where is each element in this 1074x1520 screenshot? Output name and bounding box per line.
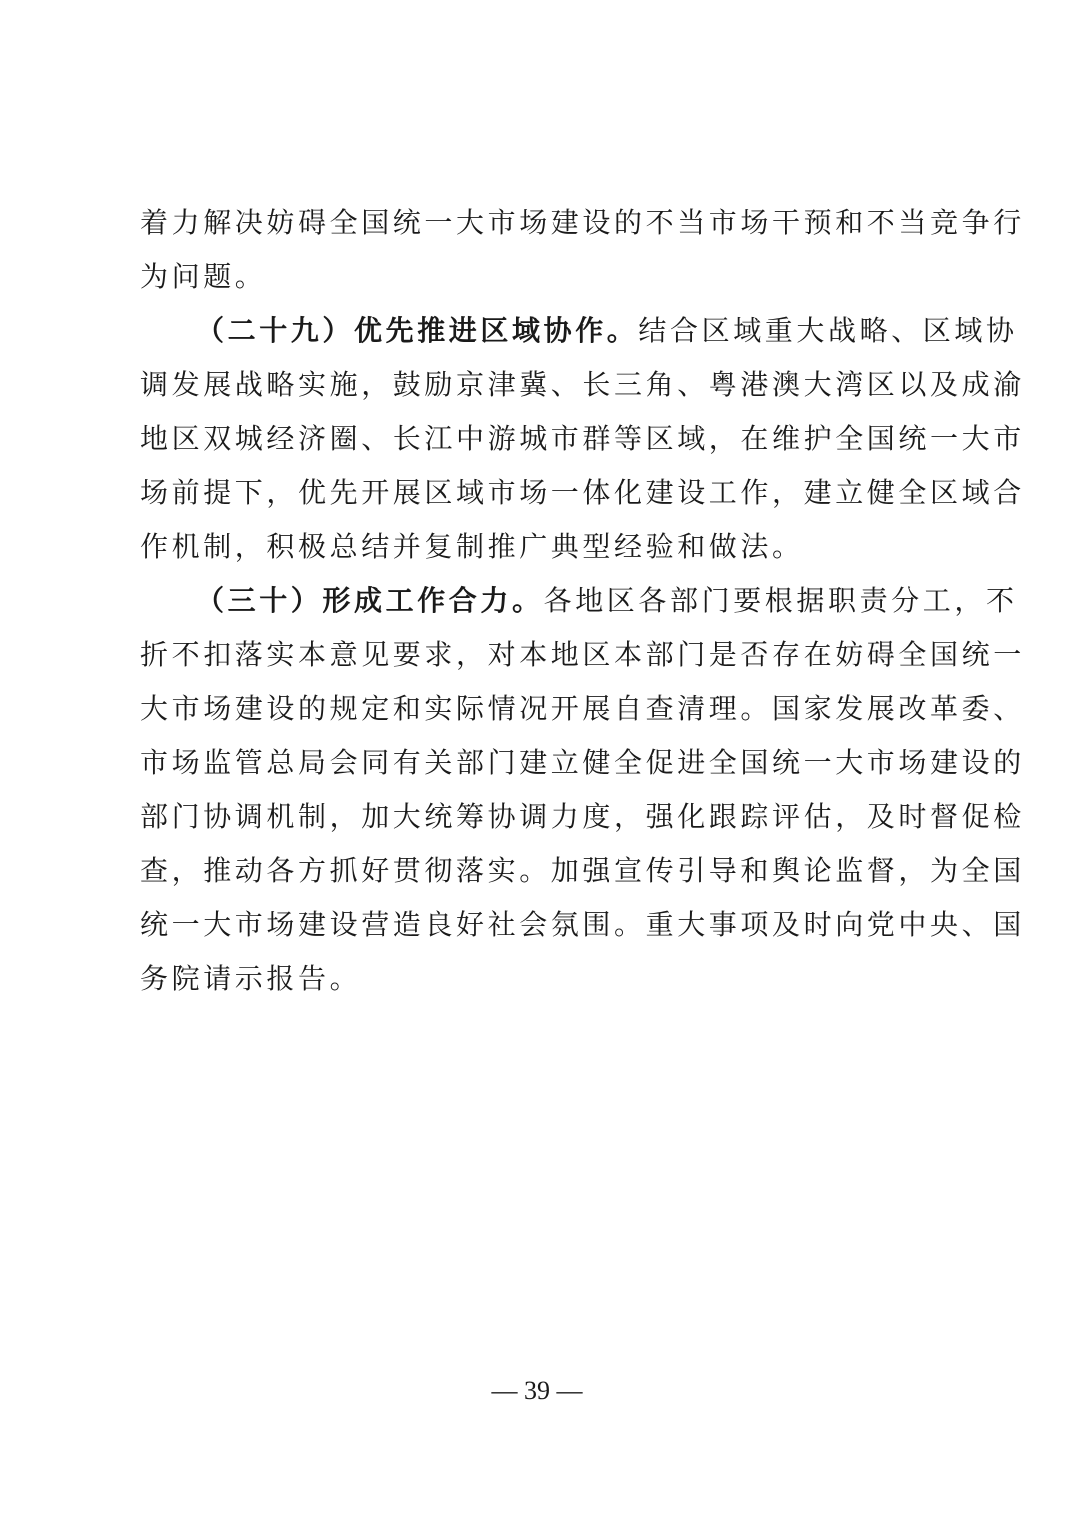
paragraph-2-line-4: 场前提下，优先开展区域市场一体化建设工作，建立健全区域合: [140, 473, 940, 513]
paragraph-3-line-5: 部门协调机制，加大统筹协调力度，强化跟踪评估，及时督促检: [140, 797, 940, 837]
paragraph-3-line-6: 查，推动各方抓好贯彻落实。加强宣传引导和舆论监督，为全国: [140, 851, 940, 891]
paragraph-1-line-1: 着力解决妨碍全国统一大市场建设的不当市场干预和不当竞争行: [140, 203, 940, 243]
paragraph-3-line-4: 市场监管总局会同有关部门建立健全促进全国统一大市场建设的: [140, 743, 940, 783]
section-heading-30: （三十）形成工作合力。: [196, 584, 544, 617]
paragraph-3-line-8: 务院请示报告。: [140, 959, 940, 999]
paragraph-3-line-7: 统一大市场建设营造良好社会氛围。重大事项及时向党中央、国: [140, 905, 940, 945]
paragraph-3-line-3: 大市场建设的规定和实际情况开展自查清理。国家发展改革委、: [140, 689, 940, 729]
paragraph-3-text: 各地区各部门要根据职责分工，不: [544, 584, 1018, 617]
paragraph-3-line-1: （三十）形成工作合力。各地区各部门要根据职责分工，不: [196, 581, 940, 621]
paragraph-2-line-3: 地区双城经济圈、长江中游城市群等区域，在维护全国统一大市: [140, 419, 940, 459]
document-page: 着力解决妨碍全国统一大市场建设的不当市场干预和不当竞争行 为问题。 （二十九）优…: [0, 0, 1074, 1520]
paragraph-2-line-2: 调发展战略实施，鼓励京津冀、长三角、粤港澳大湾区以及成渝: [140, 365, 940, 405]
paragraph-1-line-2: 为问题。: [140, 257, 940, 297]
paragraph-2-line-1: （二十九）优先推进区域协作。结合区域重大战略、区域协: [196, 311, 940, 351]
page-number: — 39 —: [0, 1376, 1074, 1406]
paragraph-2-text: 结合区域重大战略、区域协: [638, 314, 1017, 347]
paragraph-2-line-5: 作机制，积极总结并复制推广典型经验和做法。: [140, 527, 940, 567]
paragraph-3-line-2: 折不扣落实本意见要求，对本地区本部门是否存在妨碍全国统一: [140, 635, 940, 675]
section-heading-29: （二十九）优先推进区域协作。: [196, 314, 638, 347]
